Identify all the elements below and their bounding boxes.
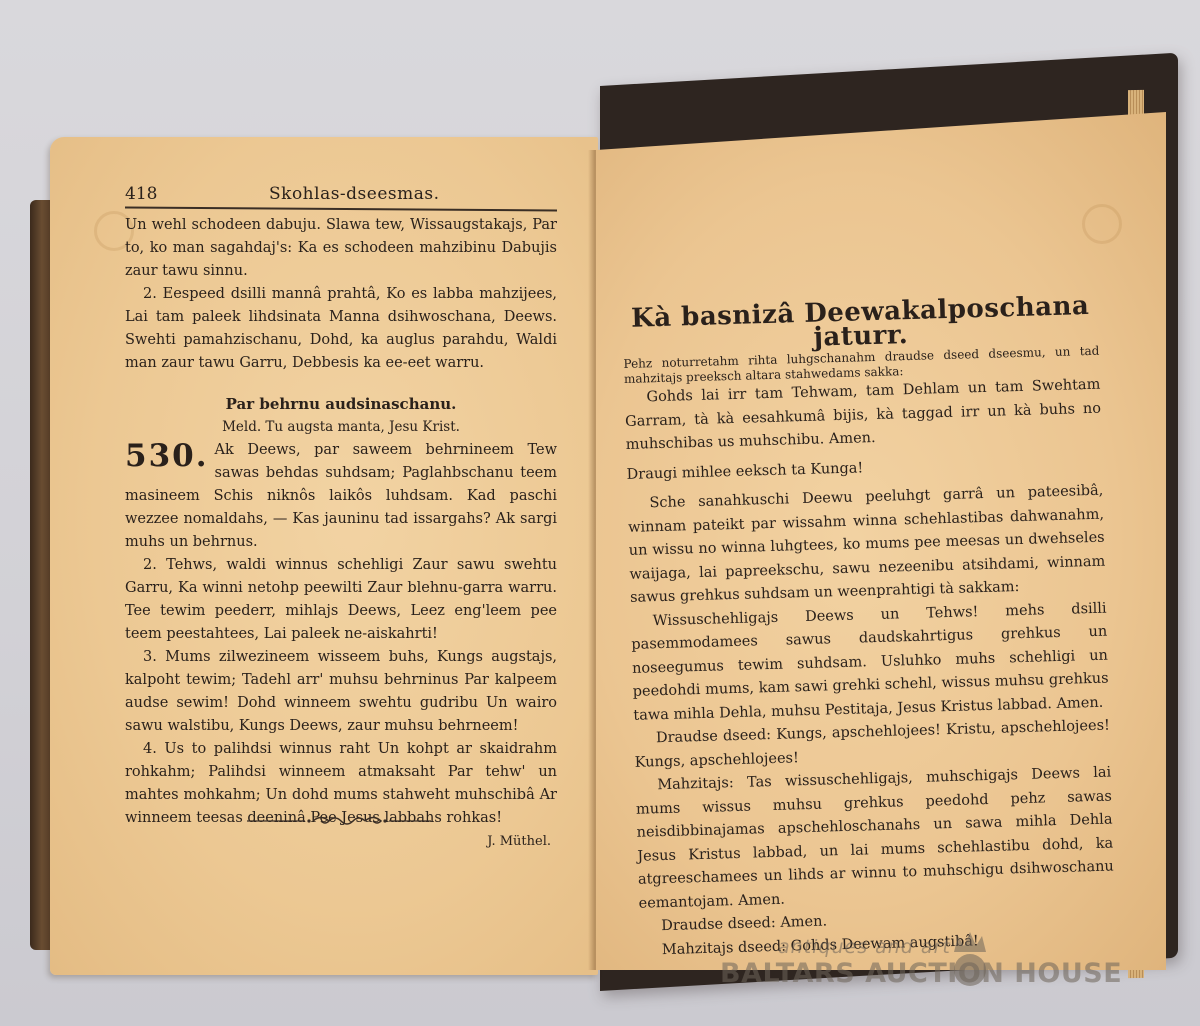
left-page: 418 Skohlas-dseesmas. Un wehl schodeen d…: [50, 137, 598, 975]
verse-1: 530. Ak Deews, par saweem behrnineem Tew…: [125, 439, 557, 554]
hymn-author: J. Müthel.: [125, 830, 557, 853]
absolution: Mahzitajs: Tas wissuschehligajs, muhschi…: [635, 762, 1115, 916]
ornament-divider-icon: [247, 814, 431, 828]
running-head: Skohlas-dseesmas.: [235, 183, 557, 206]
verse-2: 2. Tehws, waldi winnus schehligi Zaur sa…: [125, 554, 557, 646]
water-stain: [1082, 204, 1122, 244]
verse-previous-2: 2. Eespeed dsilli mannâ prahtâ, Ko es la…: [125, 283, 557, 375]
confession: Wissuschehligajs Deews un Tehws! mehs ds…: [630, 597, 1109, 728]
photo-scene: 418 Skohlas-dseesmas. Un wehl schodeen d…: [0, 0, 1200, 1026]
gloria-patri: Gohds lai irr tam Tehwam, tam Dehlam un …: [624, 374, 1102, 458]
watermark: antiques and art BALTARS AUCTION HOUSE: [718, 930, 1138, 1000]
hymn-continuation: Un wehl schodeen dabuju. Slawa tew, Wiss…: [125, 214, 557, 283]
melody-line: Meld. Tu augsta manta, Jesu Krist.: [125, 416, 557, 439]
header-rule: [125, 206, 557, 211]
right-page-text: Kà basnizâ Deewakalposchana jaturr. Pehz…: [622, 295, 1116, 963]
verse-3: 3. Mums zilwezineem wisseem buhs, Kungs …: [125, 646, 557, 738]
watermark-tagline: antiques and art: [778, 936, 951, 958]
left-page-text: 418 Skohlas-dseesmas. Un wehl schodeen d…: [125, 183, 557, 853]
hymn-number: 530.: [125, 439, 209, 473]
page-number: 418: [125, 183, 235, 206]
exhortation: Sche sanahkuschi Deewu peeluhgt garrâ un…: [627, 480, 1106, 611]
watermark-name: BALTARS AUCTION HOUSE: [720, 958, 1122, 989]
page-header: 418 Skohlas-dseesmas.: [125, 183, 557, 206]
hymn-title: Par behrnu audsinaschanu.: [125, 393, 557, 416]
right-page: Kà basnizâ Deewakalposchana jaturr. Pehz…: [596, 112, 1166, 970]
